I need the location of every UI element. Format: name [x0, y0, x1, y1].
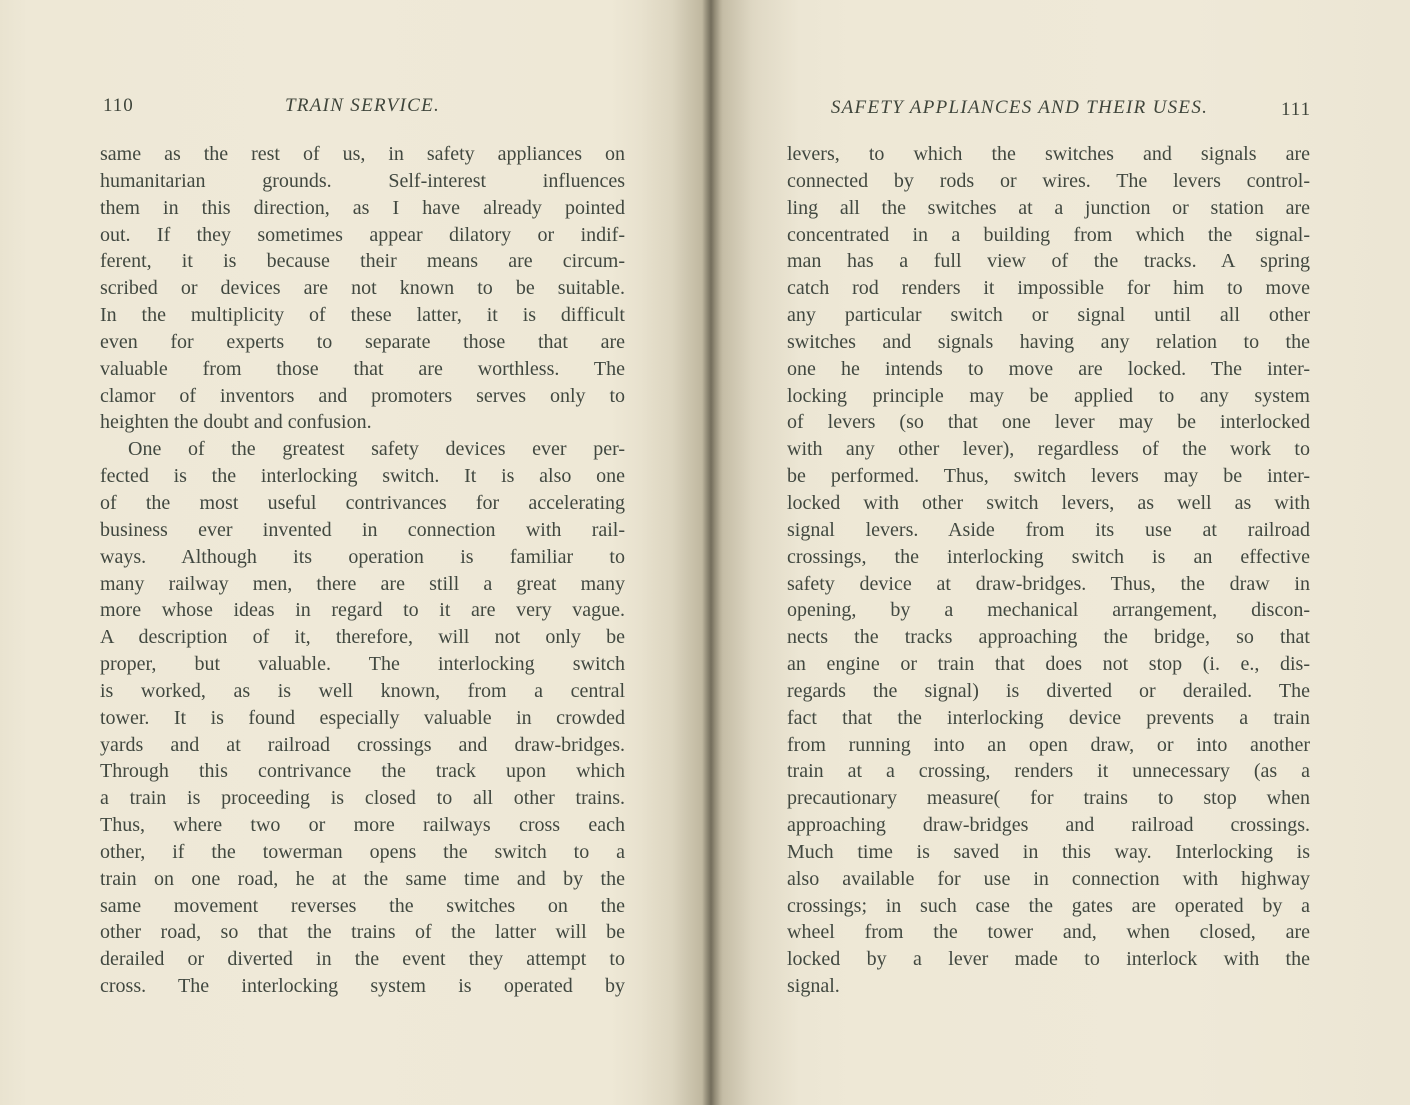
text-line: proper, but valuable. The interlocking s… — [100, 651, 625, 678]
text-line: Through this contrivance the track upon … — [100, 758, 625, 785]
text-line: Thus, where two or more railways cross e… — [100, 812, 625, 839]
text-line: wheel from the tower and, when closed, a… — [787, 919, 1310, 946]
text-line: locked with other switch levers, as well… — [787, 490, 1310, 517]
text-line: locked by a lever made to interlock with… — [787, 946, 1310, 973]
text-line: other, if the towerman opens the switch … — [100, 839, 625, 866]
text-line: levers, to which the switches and signal… — [787, 141, 1310, 168]
text-line: same as the rest of us, in safety applia… — [100, 141, 625, 168]
text-line: many railway men, there are still a grea… — [100, 571, 625, 598]
text-line: with any other lever), regardless of the… — [787, 436, 1310, 463]
text-line: heighten the doubt and confusion. — [100, 409, 625, 436]
text-line: yards and at railroad crossings and draw… — [100, 732, 625, 759]
text-line: is worked, as is well known, from a cent… — [100, 678, 625, 705]
text-line: train at a crossing, renders it unnecess… — [787, 758, 1310, 785]
text-line: Much time is saved in this way. Interloc… — [787, 839, 1310, 866]
text-line: locking principle may be applied to any … — [787, 383, 1310, 410]
text-line: catch rod renders it impossible for him … — [787, 275, 1310, 302]
text-line: also available for use in connection wit… — [787, 866, 1310, 893]
text-line: man has a full view of the tracks. A spr… — [787, 248, 1310, 275]
text-line: humanitarian grounds. Self-interest infl… — [100, 168, 625, 195]
text-line: more whose ideas in regard to it are ver… — [100, 597, 625, 624]
text-line: switches and signals having any relation… — [787, 329, 1310, 356]
text-line: any particular switch or signal until al… — [787, 302, 1310, 329]
text-line: nects the tracks approaching the bridge,… — [787, 624, 1310, 651]
text-line: tower. It is found especially valuable i… — [100, 705, 625, 732]
text-line: precautionary measure( for trains to sto… — [787, 785, 1310, 812]
text-line: derailed or diverted in the event they a… — [100, 946, 625, 973]
book-spread: 110 TRAIN SERVICE. same as the rest of u… — [0, 0, 1410, 1105]
text-line: ways. Although its operation is familiar… — [100, 544, 625, 571]
text-line: of the most useful contrivances for acce… — [100, 490, 625, 517]
text-line: concentrated in a building from which th… — [787, 222, 1310, 249]
text-line: signal. — [787, 973, 1310, 1000]
text-line: A description of it, therefore, will not… — [100, 624, 625, 651]
text-line: out. If they sometimes appear dilatory o… — [100, 222, 625, 249]
text-line: approaching draw-bridges and railroad cr… — [787, 812, 1310, 839]
text-line: an engine or train that does not stop (i… — [787, 651, 1310, 678]
text-line: clamor of inventors and promoters serves… — [100, 383, 625, 410]
left-running-head: TRAIN SERVICE. — [100, 95, 625, 117]
text-line: other road, so that the trains of the la… — [100, 919, 625, 946]
text-line: train on one road, he at the same time a… — [100, 866, 625, 893]
right-page-number: 111 — [1281, 99, 1311, 121]
left-page-text: same as the rest of us, in safety applia… — [100, 141, 625, 1000]
text-line: them in this direction, as I have alread… — [100, 195, 625, 222]
text-line: fected is the interlocking switch. It is… — [100, 463, 625, 490]
text-line: In the multiplicity of these latter, it … — [100, 302, 625, 329]
text-line: a train is proceeding is closed to all o… — [100, 785, 625, 812]
text-line: crossings; in such case the gates are op… — [787, 893, 1310, 920]
right-running-head: SAFETY APPLIANCES AND THEIR USES. — [787, 97, 1252, 119]
text-line: even for experts to separate those that … — [100, 329, 625, 356]
right-page-text: levers, to which the switches and signal… — [787, 141, 1310, 1000]
text-line: signal levers. Aside from its use at rai… — [787, 517, 1310, 544]
text-line: from running into an open draw, or into … — [787, 732, 1310, 759]
text-line: valuable from those that are worthless. … — [100, 356, 625, 383]
text-line: scribed or devices are not known to be s… — [100, 275, 625, 302]
text-line: one he intends to move are locked. The i… — [787, 356, 1310, 383]
text-line: same movement reverses the switches on t… — [100, 893, 625, 920]
text-line: One of the greatest safety devices ever … — [100, 436, 625, 463]
text-line: of levers (so that one lever may be inte… — [787, 409, 1310, 436]
text-line: connected by rods or wires. The levers c… — [787, 168, 1310, 195]
text-line: safety device at draw-bridges. Thus, the… — [787, 571, 1310, 598]
text-line: cross. The interlocking system is operat… — [100, 973, 625, 1000]
text-line: fact that the interlocking device preven… — [787, 705, 1310, 732]
text-line: ferent, it is because their means are ci… — [100, 248, 625, 275]
text-line: crossings, the interlocking switch is an… — [787, 544, 1310, 571]
text-line: business ever invented in connection wit… — [100, 517, 625, 544]
text-line: regards the signal) is diverted or derai… — [787, 678, 1310, 705]
text-line: be performed. Thus, switch levers may be… — [787, 463, 1310, 490]
book-gutter-shadow — [640, 0, 800, 1105]
text-line: ling all the switches at a junction or s… — [787, 195, 1310, 222]
text-line: opening, by a mechanical arrangement, di… — [787, 597, 1310, 624]
